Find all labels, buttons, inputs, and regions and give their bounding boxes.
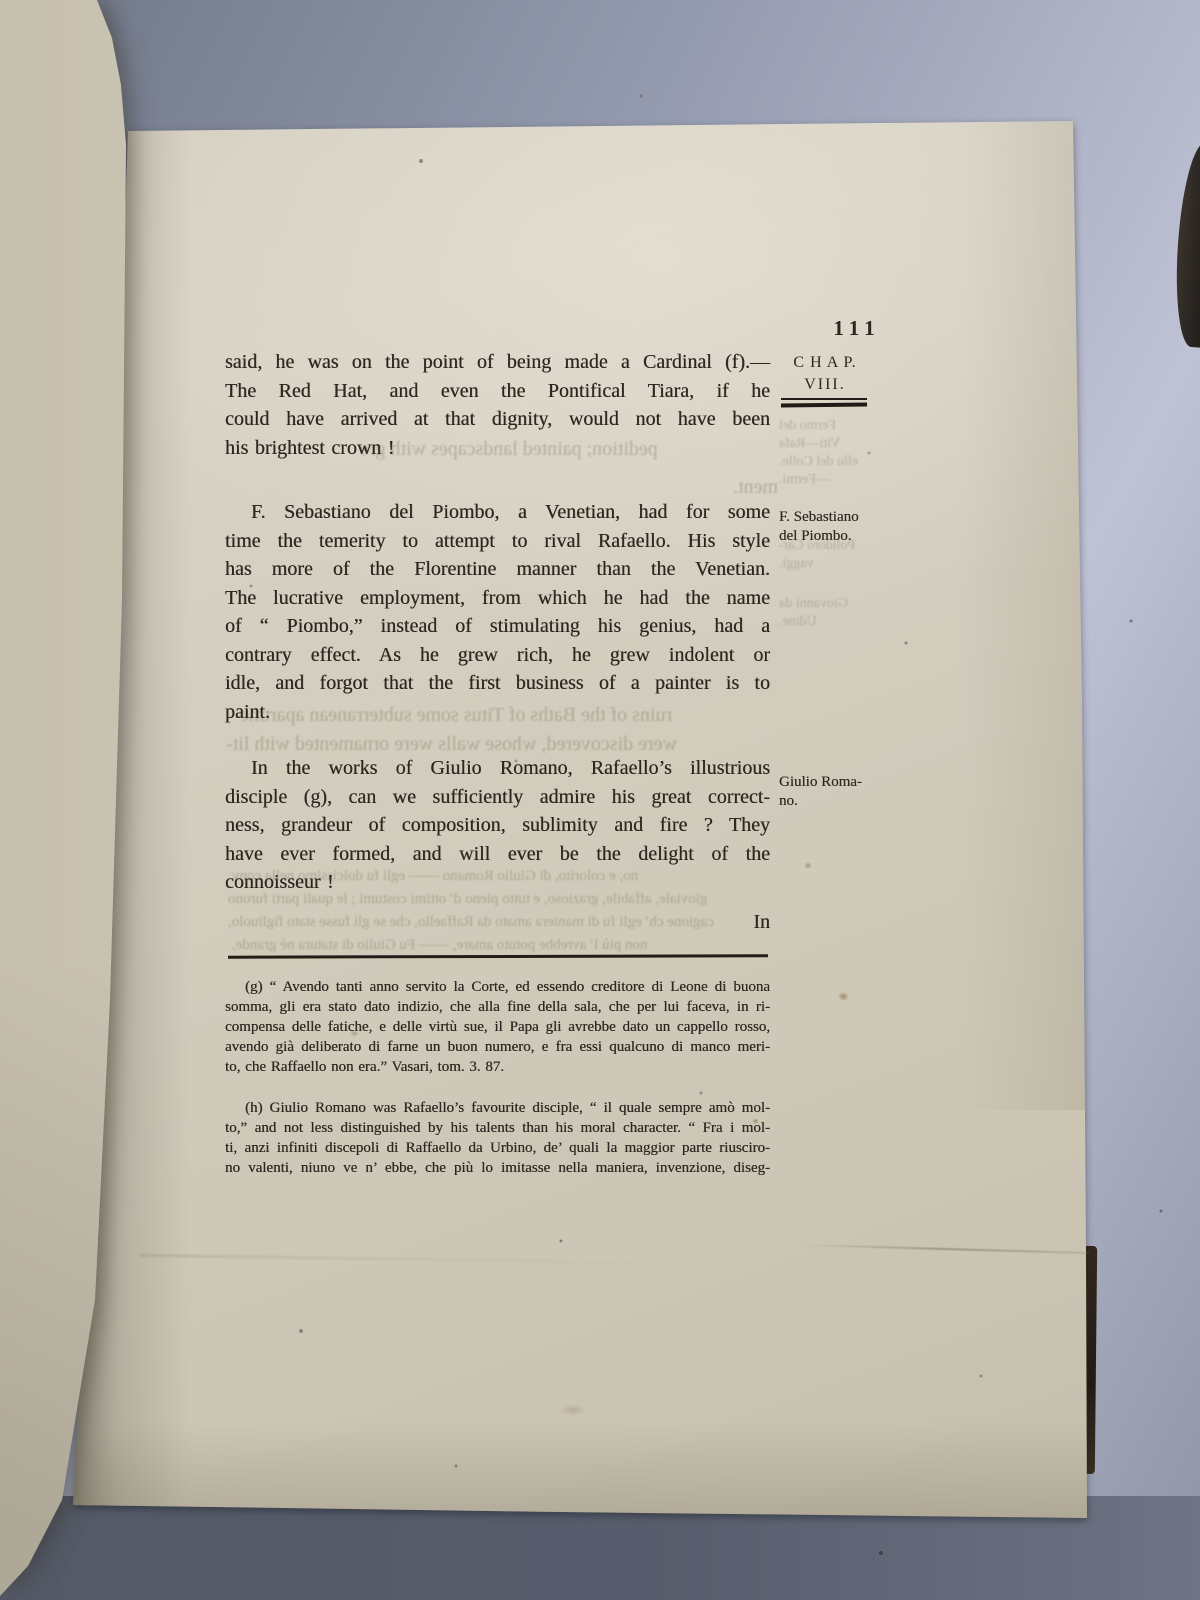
paragraph-2: F. Sebastiano del Piombo, a Venetian, ha… <box>225 498 770 726</box>
footnote-text-line: to,” and not less distinguished by his t… <box>225 1118 770 1138</box>
body-text-line: said, he was on the point of being made … <box>225 348 770 377</box>
body-text-line: paint. <box>225 698 770 727</box>
paragraph-3: In the works of Giulio Romano, Rafaello’… <box>225 754 770 897</box>
body-text-line: have ever formed, and will ever be the d… <box>225 840 770 869</box>
catchword: In <box>225 911 770 934</box>
ghost-sidenote-line: Viti—Rafa <box>779 436 840 452</box>
chapter-double-rule <box>781 398 867 407</box>
ghost-sidenote-line: vaggi. <box>779 556 814 572</box>
footnote-text-line: avendo già deliberato di farne un buon n… <box>225 1037 770 1057</box>
chapter-heading-line1: C H A P. <box>779 354 871 372</box>
chapter-heading-line2: VIII. <box>779 376 871 394</box>
footnote-text-line: (g) “ Avendo tanti anno servito la Corte… <box>225 977 770 997</box>
body-text-line: could have arrived at that dignity, woul… <box>225 405 770 434</box>
ghost-sidenote-line: Giovanni da <box>779 596 848 612</box>
sidenote-line: Giulio Roma- <box>779 773 891 792</box>
sidenote-giulio-romano: Giulio Roma-no. <box>779 773 891 811</box>
body-text-line: his brightest crown ! <box>225 434 770 463</box>
sidenote-line: del Piombo. <box>779 527 891 546</box>
ghost-sidenote-line: ellu del Colle. <box>779 454 858 470</box>
body-text-line: of “ Piombo,” instead of stimulating his… <box>225 612 770 641</box>
foxing-stain <box>838 992 849 1001</box>
paragraph-1: said, he was on the point of being made … <box>225 348 770 462</box>
foxing-stain <box>560 1405 586 1415</box>
body-text-line: contrary effect. As he grew rich, he gre… <box>225 641 770 670</box>
ghost-sidenote-line: Fermo del <box>779 418 836 434</box>
dust-specks <box>0 0 2 2</box>
body-text-line: disciple (g), can we sufficiently admire… <box>225 783 770 812</box>
body-text-line: idle, and forgot that the first business… <box>225 669 770 698</box>
footnote-text-line: (h) Giulio Romano was Rafaello’s favouri… <box>225 1098 770 1118</box>
body-text-line: has more of the Florentine manner than t… <box>225 555 770 584</box>
rule-thick <box>781 403 867 408</box>
ghost-sidenote-line: —Fermi. <box>779 472 830 488</box>
footnote-text-line: somma, gli era stato dato indizio, che a… <box>225 997 770 1017</box>
body-text-line: In the works of Giulio Romano, Rafaello’… <box>225 754 770 783</box>
body-text-line: The lucrative employment, from which he … <box>225 584 770 613</box>
foxing-stain <box>804 862 812 869</box>
body-text-line: connoisseur ! <box>225 868 770 897</box>
foxing-stain <box>752 1118 759 1124</box>
sidenote-line: F. Sebastiano <box>779 508 891 527</box>
sidenote-line: no. <box>779 792 891 811</box>
footnote-text-line: compensa delle fatiche, e delle virtù su… <box>225 1017 770 1037</box>
ghost-sidenote-line: Udine. <box>779 614 817 630</box>
foxing-stain <box>350 1030 359 1037</box>
footnote-text-line: no valenti, niuno ve n’ ebbe, che più lo… <box>225 1158 770 1178</box>
page-number: 111 <box>818 316 896 341</box>
body-text-line: ness, grandeur of composition, sublimity… <box>225 811 770 840</box>
footnote-text-line: ti, anzi infiniti discepoli di Raffaello… <box>225 1138 770 1158</box>
footnote-h: (h) Giulio Romano was Rafaello’s favouri… <box>225 1098 770 1178</box>
chapter-heading: C H A P. VIII. <box>779 354 871 394</box>
body-text-line: time the temerity to attempt to rival Ra… <box>225 527 770 556</box>
sidenote-sebastiano-del-piombo: F. Sebastianodel Piombo. <box>779 508 891 546</box>
footnote-g: (g) “ Avendo tanti anno servito la Corte… <box>225 977 770 1077</box>
body-text-line: The Red Hat, and even the Pontifical Tia… <box>225 377 770 406</box>
body-text-line: F. Sebastiano del Piombo, a Venetian, ha… <box>225 498 770 527</box>
rule-thin <box>781 398 867 400</box>
footnote-text-line: to, che Raffaello non era.” Vasari, tom.… <box>225 1057 770 1077</box>
book-photograph: harming at a dispection to be sohave bee… <box>0 0 1200 1600</box>
right-page-content: pedition; painted landscapes with gremen… <box>0 0 1200 1600</box>
